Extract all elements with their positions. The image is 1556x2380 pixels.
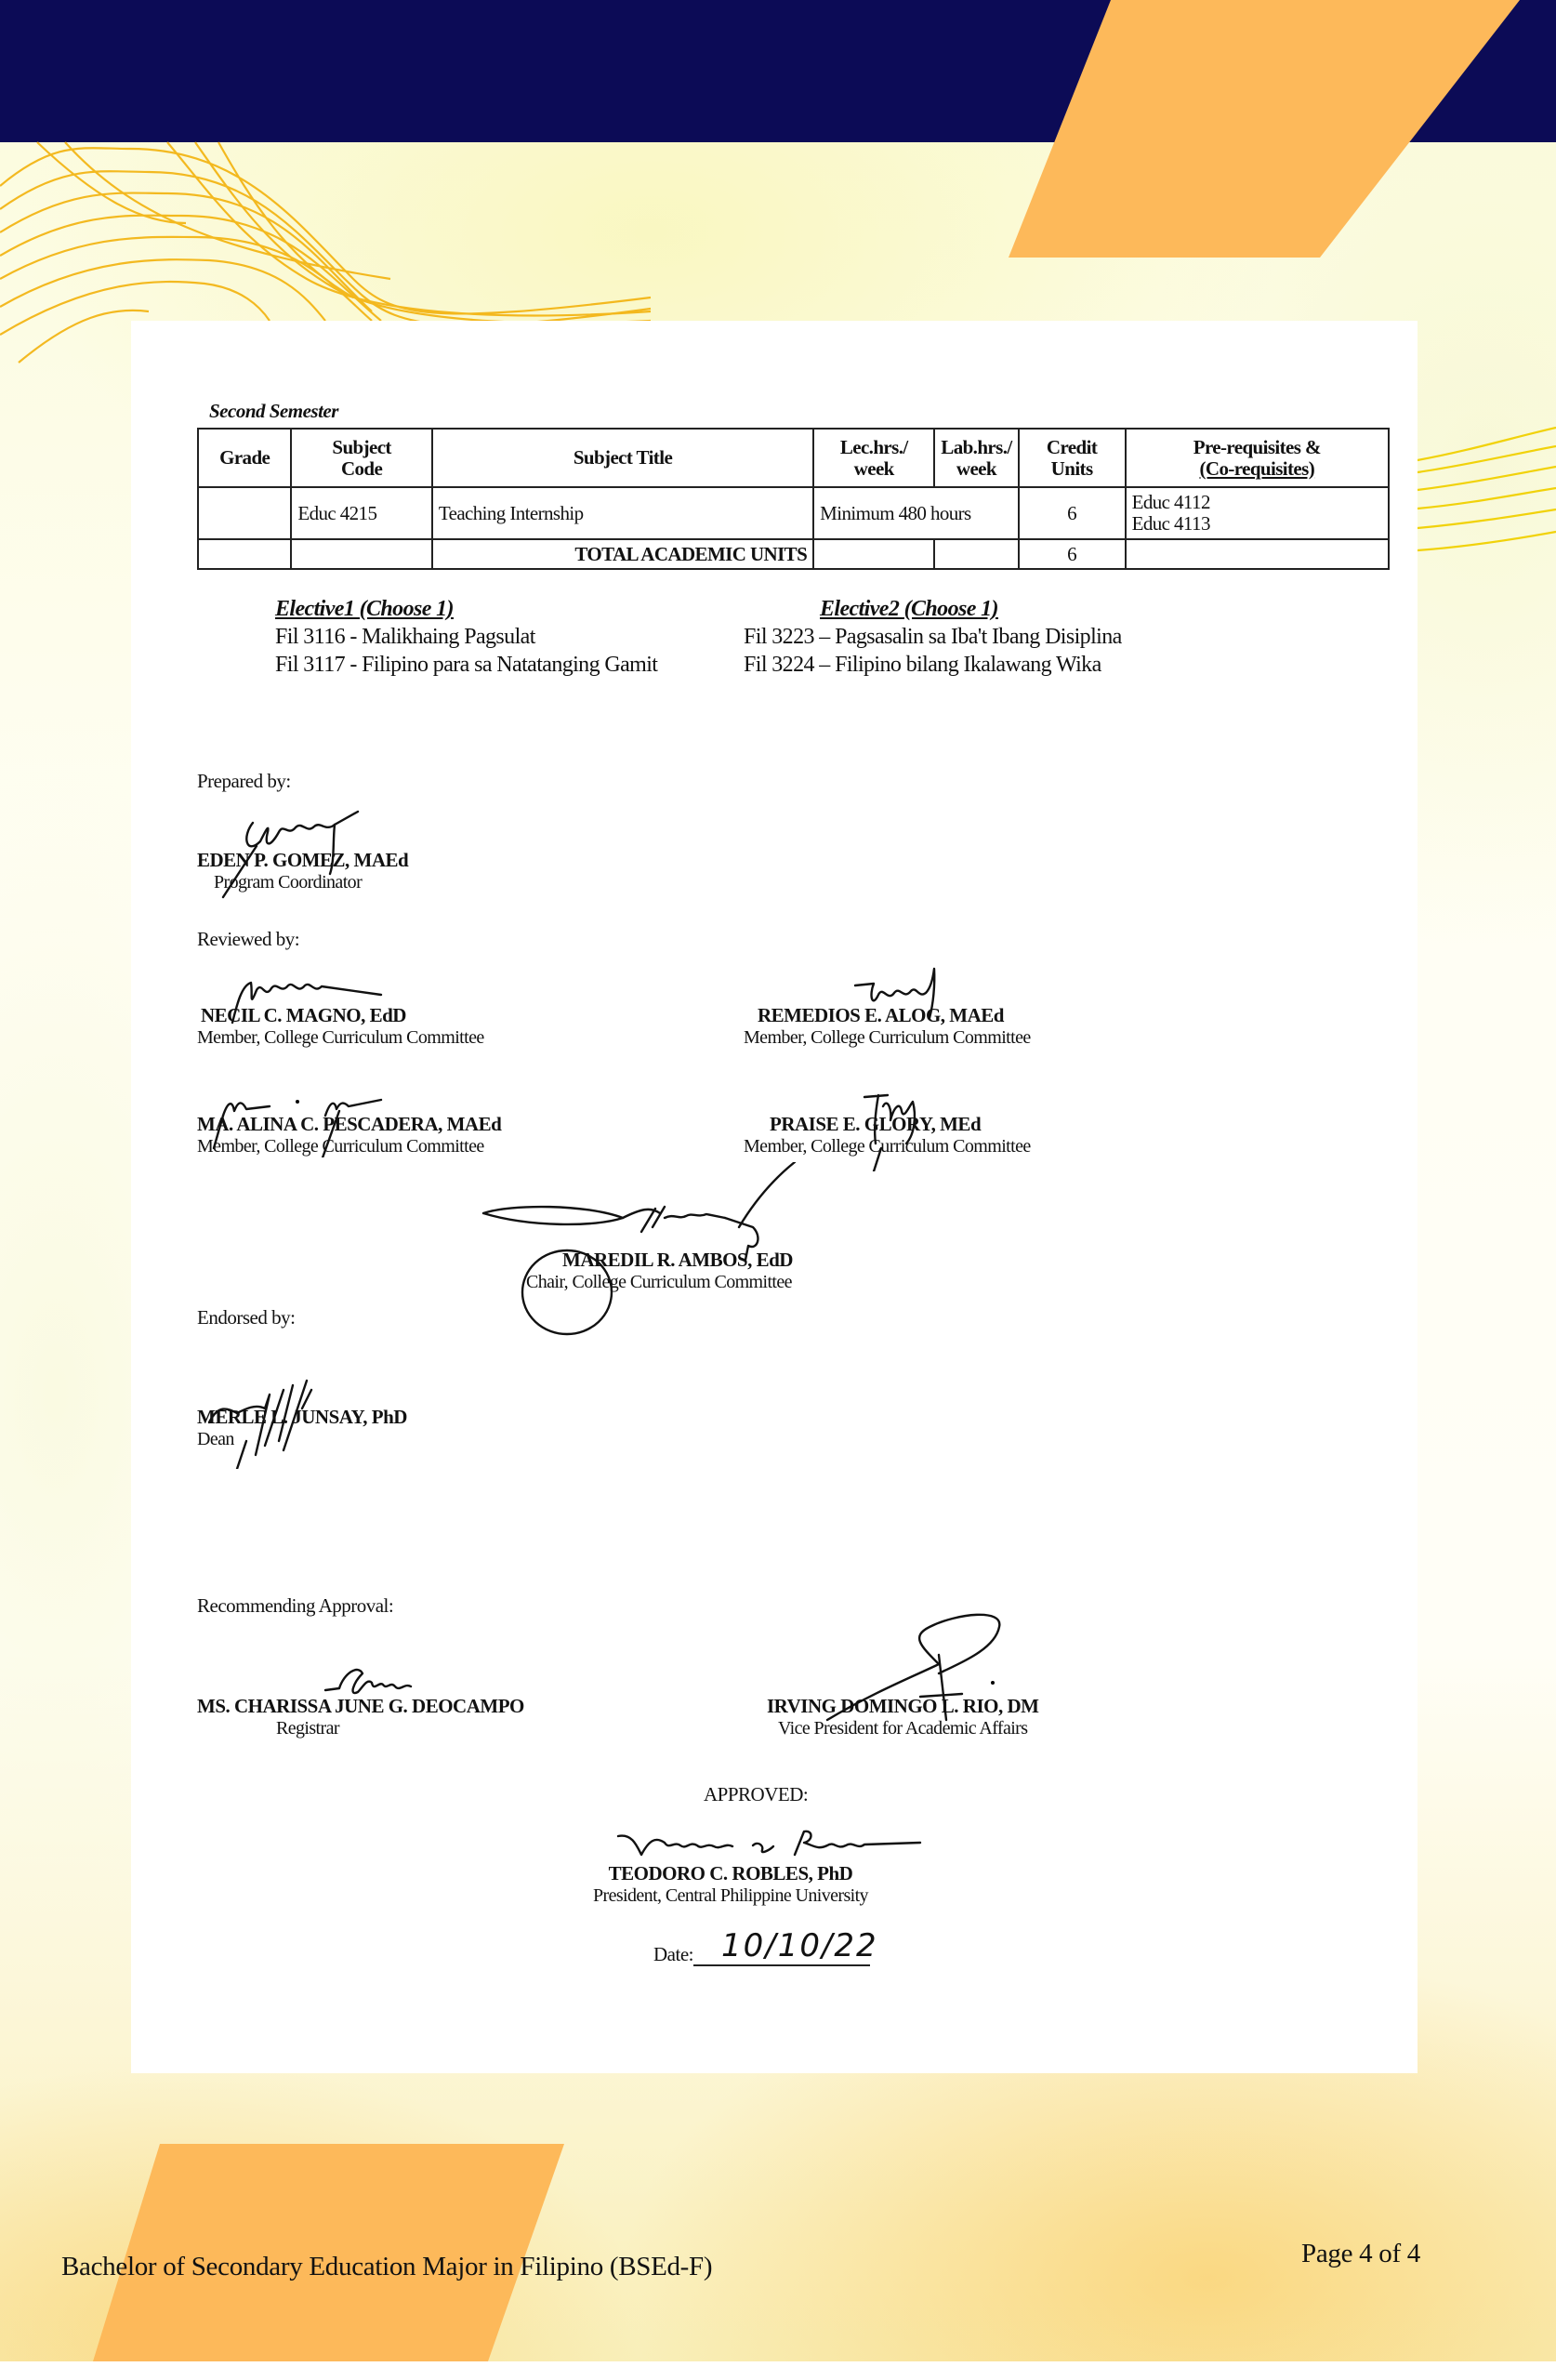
dean-block: MERLE L. JUNSAY, PhD Dean <box>197 1406 407 1450</box>
elective-item: Fil 3224 – Filipino bilang Ikalawang Wik… <box>744 651 1122 679</box>
total-label: TOTAL ACADEMIC UNITS <box>432 539 813 569</box>
signatory-name: IRVING DOMINGO L. RIO, DM <box>767 1695 1038 1718</box>
footer-program-title: Bachelor of Secondary Education Major in… <box>61 2252 712 2282</box>
wave-lines-right-decoration <box>1418 428 1556 550</box>
total-credit-units: 6 <box>1019 539 1126 569</box>
header-lab-hrs: Lab.hrs./week <box>934 429 1018 487</box>
cell-subject-code: Educ 4215 <box>291 487 432 539</box>
header-prerequisites: Pre-requisites &(Co-requisites) <box>1126 429 1389 487</box>
elective-item: Fil 3116 - Malikhaing Pagsulat <box>275 623 657 651</box>
cell-subject-title: Teaching Internship <box>432 487 813 539</box>
elective-heading: Elective2 (Choose 1) <box>744 595 1122 623</box>
signatory-name: MS. CHARISSA JUNE G. DEOCAMPO <box>197 1695 524 1718</box>
reviewer-block-3: MA. ALINA C. PESCADERA, MAEd Member, Col… <box>197 1113 501 1157</box>
date-value: 10/10/22 <box>721 1927 878 1964</box>
signatory-name: MERLE L. JUNSAY, PhD <box>197 1406 407 1429</box>
footer-page-number: Page 4 of 4 <box>1301 2239 1420 2269</box>
signatory-name: MA. ALINA C. PESCADERA, MAEd <box>197 1113 501 1136</box>
endorsed-by-label: Endorsed by: <box>197 1306 295 1329</box>
signatory-name: NECIL C. MAGNO, EdD <box>197 1004 484 1027</box>
total-row: TOTAL ACADEMIC UNITS 6 <box>198 539 1389 569</box>
date-label: Date: <box>653 1943 693 1965</box>
signatory-role: President, Central Philippine University <box>593 1885 868 1907</box>
signatory-name: PRAISE E. GLORY, MEd <box>744 1113 1031 1136</box>
signatory-role: Member, College Curriculum Committee <box>197 1027 484 1049</box>
prepared-by-block: EDEN P. GOMEZ, MAEd Program Coordinator <box>197 849 408 893</box>
elective-group-1: Elective1 (Choose 1) Fil 3116 - Malikhai… <box>275 595 657 679</box>
elective-heading: Elective1 (Choose 1) <box>275 595 657 623</box>
reviewer-block-1: NECIL C. MAGNO, EdD Member, College Curr… <box>197 1004 484 1049</box>
elective-group-2: Elective2 (Choose 1) Fil 3223 – Pagsasal… <box>744 595 1122 679</box>
table-header-row: Grade SubjectCode Subject Title Lec.hrs.… <box>198 429 1389 487</box>
elective-item: Fil 3223 – Pagsasalin sa Iba't Ibang Dis… <box>744 623 1122 651</box>
cell-prerequisites: Educ 4112 Educ 4113 <box>1126 487 1389 539</box>
header-grade: Grade <box>198 429 291 487</box>
reviewed-by-label: Reviewed by: <box>197 928 299 951</box>
president-block: TEODORO C. ROBLES, PhD President, Centra… <box>593 1862 868 1907</box>
cell-credit-units: 6 <box>1019 487 1126 539</box>
prepared-by-label: Prepared by: <box>197 770 291 793</box>
cell-grade <box>198 487 291 539</box>
prerequisite-item: Educ 4113 <box>1132 513 1382 535</box>
registrar-block: MS. CHARISSA JUNE G. DEOCAMPO Registrar <box>197 1695 524 1739</box>
table-row: Educ 4215 Teaching Internship Minimum 48… <box>198 487 1389 539</box>
signatory-name: TEODORO C. ROBLES, PhD <box>593 1862 868 1885</box>
approval-date: Date:10/10/22 <box>653 1938 870 1966</box>
approved-label: APPROVED: <box>704 1783 808 1806</box>
signatory-role: Member, College Curriculum Committee <box>744 1136 1031 1157</box>
curriculum-table: Grade SubjectCode Subject Title Lec.hrs.… <box>197 428 1390 570</box>
signatory-role: Program Coordinator <box>197 872 408 893</box>
semester-title: Second Semester <box>209 400 338 423</box>
vpaa-block: IRVING DOMINGO L. RIO, DM Vice President… <box>767 1695 1038 1739</box>
signatory-role: Member, College Curriculum Committee <box>197 1136 501 1157</box>
reviewer-block-4: PRAISE E. GLORY, MEd Member, College Cur… <box>744 1113 1031 1157</box>
elective-item: Fil 3117 - Filipino para sa Natatanging … <box>275 651 657 679</box>
signatory-role: Dean <box>197 1429 407 1450</box>
recommending-approval-label: Recommending Approval: <box>197 1594 393 1618</box>
prerequisite-item: Educ 4112 <box>1132 492 1382 513</box>
signatory-name: EDEN P. GOMEZ, MAEd <box>197 849 408 872</box>
cell-hours: Minimum 480 hours <box>813 487 1018 539</box>
signatory-name: MAREDIL R. AMBOS, EdD <box>525 1249 793 1272</box>
header-lec-hrs: Lec.hrs./week <box>813 429 934 487</box>
date-field: 10/10/22 <box>693 1938 870 1966</box>
signatory-role: Vice President for Academic Affairs <box>767 1718 1038 1739</box>
header-subject-code: SubjectCode <box>291 429 432 487</box>
top-orange-parallelogram <box>1009 0 1520 258</box>
signatory-role: Chair, College Curriculum Committee <box>525 1272 793 1293</box>
signatory-role: Member, College Curriculum Committee <box>744 1027 1031 1049</box>
chair-block: MAREDIL R. AMBOS, EdD Chair, College Cur… <box>525 1249 793 1293</box>
signatory-name: REMEDIOS E. ALOG, MAEd <box>744 1004 1031 1027</box>
header-subject-title: Subject Title <box>432 429 813 487</box>
reviewer-block-2: REMEDIOS E. ALOG, MAEd Member, College C… <box>744 1004 1031 1049</box>
signatory-role: Registrar <box>197 1718 524 1739</box>
header-credit-units: CreditUnits <box>1019 429 1126 487</box>
